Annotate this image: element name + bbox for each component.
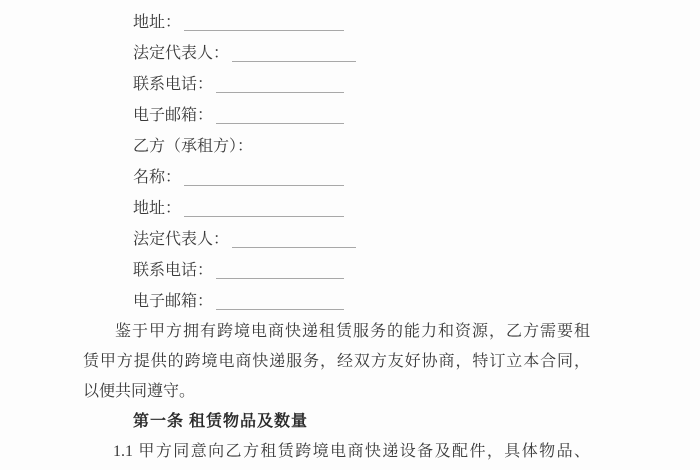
- party-b-name-row: 名称：: [133, 162, 700, 193]
- preamble-line-2: 赁甲方提供的跨境电商快递服务，经双方友好协商，特订立本合同，: [83, 347, 590, 377]
- party-a-email-blank: [216, 109, 344, 124]
- party-b-name-label: 名称：: [133, 169, 181, 186]
- party-b-legal-rep-blank: [232, 233, 356, 248]
- party-a-phone-label: 联系电话：: [133, 76, 213, 93]
- party-a-address-blank: [184, 16, 344, 31]
- party-b-phone-blank: [216, 264, 344, 279]
- section-1-heading: 第一条 租赁物品及数量: [133, 407, 700, 437]
- party-a-address-label: 地址：: [133, 14, 181, 31]
- preamble-line-1: 鉴于甲方拥有跨境电商快递租赁服务的能力和资源，乙方需要租: [83, 317, 590, 347]
- party-b-legal-rep-label: 法定代表人：: [133, 231, 229, 248]
- party-a-phone-row: 联系电话：: [133, 69, 700, 100]
- party-a-email-row: 电子邮箱：: [133, 100, 700, 131]
- party-b-heading: 乙方（承租方）：: [133, 131, 700, 162]
- party-b-email-row: 电子邮箱：: [133, 286, 700, 317]
- party-a-legal-rep-row: 法定代表人：: [133, 38, 700, 69]
- party-b-name-blank: [184, 171, 344, 186]
- party-b-legal-rep-row: 法定代表人：: [133, 224, 700, 255]
- party-a-email-label: 电子邮箱：: [133, 107, 213, 124]
- party-b-email-label: 电子邮箱：: [133, 293, 213, 310]
- party-b-phone-row: 联系电话：: [133, 255, 700, 286]
- contract-document-page: 地址： 法定代表人： 联系电话： 电子邮箱： 乙方（承租方）： 名称： 地址： …: [0, 0, 700, 470]
- clause-1-1-text: 1.1 甲方同意向乙方租赁跨境电商快递设备及配件，具体物品、: [83, 437, 590, 467]
- party-a-legal-rep-blank: [232, 47, 356, 62]
- preamble-line-3: 以便共同遵守。: [83, 377, 590, 407]
- party-b-phone-label: 联系电话：: [133, 262, 213, 279]
- party-b-address-label: 地址：: [133, 200, 181, 217]
- party-a-address-row: 地址：: [133, 7, 700, 38]
- party-a-phone-blank: [216, 78, 344, 93]
- party-b-address-row: 地址：: [133, 193, 700, 224]
- party-b-email-blank: [216, 295, 344, 310]
- party-b-address-blank: [184, 202, 344, 217]
- preamble-paragraph: 鉴于甲方拥有跨境电商快递租赁服务的能力和资源，乙方需要租 赁甲方提供的跨境电商快…: [0, 317, 700, 407]
- party-a-legal-rep-label: 法定代表人：: [133, 45, 229, 62]
